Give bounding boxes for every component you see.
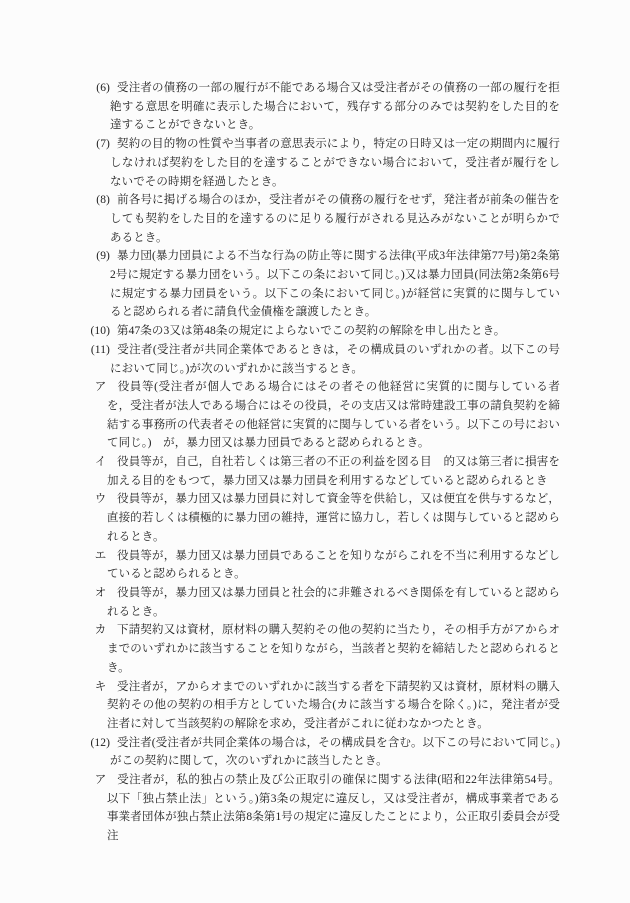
clause-item-8: (8)前各号に掲げる場合のほか，受注者がその債務の履行をせず，発注者が前条の催告… [84,191,560,247]
subclause-text: 役員等(受注者が個人である場合にはその者その他経営に実質的に関与している者を，受… [107,381,560,449]
clause-marker: (12) [84,734,110,753]
subclause-item-11-i: イ役員等が，自己，自社若しくは第三者の不正の利益を図る目 的又は第三者に損害を加… [84,453,560,490]
clause-text: 受注者(受注者が共同企業体の場合は，その構成員を含む。以下この号において同じ。)… [110,737,560,768]
subclause-item-11-e: エ役員等が，暴力団又は暴力団員であることを知りながらこれを不当に利用するなどして… [84,547,560,584]
subclause-text: 役員等が，暴力団又は暴力団員に対して資金等を供給し，又は便宜を供与するなど，直接… [107,493,560,542]
subclause-item-11-o: オ役員等が，暴力団又は暴力団員と社会的に非難されるべき関係を有していると認められ… [84,584,560,621]
clause-item-7: (7)契約の目的物の性質や当事者の意思表示により，特定の日時又は一定の期間内に履… [84,135,560,191]
clause-text: 受注者(受注者が共同企業体であるときは，その構成員のいずれかの者。以下この号にお… [110,344,560,375]
clause-list: (6)受注者の債務の一部の履行が不能である場合又は受注者がその債務の一部の履行を… [84,79,560,846]
subclause-text: 受注者が，アからオまでのいずれかに該当する者を下請契約又は資材，原材料の購入契約… [107,681,560,730]
subclause-text: 受注者が，私的独占の禁止及び公正取引の確保に関する法律(昭和22年法律第54号。… [107,774,560,842]
subclause-item-11-ka: カ下請契約又は資材，原材料の購入契約その他の契約に当たり，その相手方がアからオま… [84,621,560,677]
clause-marker: (7) [84,135,110,154]
clause-text: 契約の目的物の性質や当事者の意思表示により，特定の日時又は一定の期間内に履行しな… [110,138,560,187]
clause-item-9: (9)暴力団(暴力団員による不当な行為の防止等に関する法律(平成3年法律第77号… [84,247,560,322]
clause-item-11: (11)受注者(受注者が共同企業体であるときは，その構成員のいずれかの者。以下こ… [84,341,560,378]
subclause-marker: カ [84,621,117,640]
clause-marker: (11) [84,341,110,360]
clause-item-6: (6)受注者の債務の一部の履行が不能である場合又は受注者がその債務の一部の履行を… [84,79,560,135]
subclause-marker: ウ [84,490,117,509]
subclause-item-11-u: ウ役員等が，暴力団又は暴力団員に対して資金等を供給し，又は便宜を供与するなど，直… [84,490,560,546]
subclause-item-11-a: ア役員等(受注者が個人である場合にはその者その他経営に実質的に関与している者を，… [84,378,560,453]
subclause-text: 役員等が，暴力団又は暴力団員と社会的に非難されるべき関係を有していると認められる… [107,587,560,618]
subclause-text: 下請契約又は資材，原材料の購入契約その他の契約に当たり，その相手方がアからオまで… [107,624,560,673]
clause-marker: (10) [84,322,110,341]
clause-item-12: (12)受注者(受注者が共同企業体の場合は，その構成員を含む。以下この号において… [84,734,560,771]
subclause-text: 役員等が，暴力団又は暴力団員であることを知りながらこれを不当に利用するなどしてい… [107,550,560,581]
subclause-item-12-a: ア受注者が，私的独占の禁止及び公正取引の確保に関する法律(昭和22年法律第54号… [84,771,560,846]
subclause-marker: エ [84,547,117,566]
subclause-marker: オ [84,584,117,603]
subclause-marker: ア [84,771,117,790]
clause-item-10: (10)第47条の3又は第48条の規定によらないでこの契約の解除を申し出たとき。 [84,322,560,341]
subclause-marker: ア [84,378,117,397]
clause-text: 受注者の債務の一部の履行が不能である場合又は受注者がその債務の一部の履行を拒絶す… [110,82,560,131]
subclause-item-11-ki: キ受注者が，アからオまでのいずれかに該当する者を下請契約又は資材，原材料の購入契… [84,678,560,734]
document-page: (6)受注者の債務の一部の履行が不能である場合又は受注者がその債務の一部の履行を… [0,0,630,903]
subclause-marker: イ [84,453,117,472]
clause-text: 暴力団(暴力団員による不当な行為の防止等に関する法律(平成3年法律第77号)第2… [110,250,560,318]
clause-marker: (8) [84,191,110,210]
clause-marker: (6) [84,79,110,98]
clause-text: 前各号に掲げる場合のほか，受注者がその債務の履行をせず，発注者が前条の催告をして… [110,194,560,243]
subclause-marker: キ [84,678,117,697]
clause-text: 第47条の3又は第48条の規定によらないでこの契約の解除を申し出たとき。 [117,325,505,337]
subclause-text: 役員等が，自己，自社若しくは第三者の不正の利益を図る目 的又は第三者に損害を加え… [107,456,560,487]
clause-marker: (9) [84,247,110,266]
